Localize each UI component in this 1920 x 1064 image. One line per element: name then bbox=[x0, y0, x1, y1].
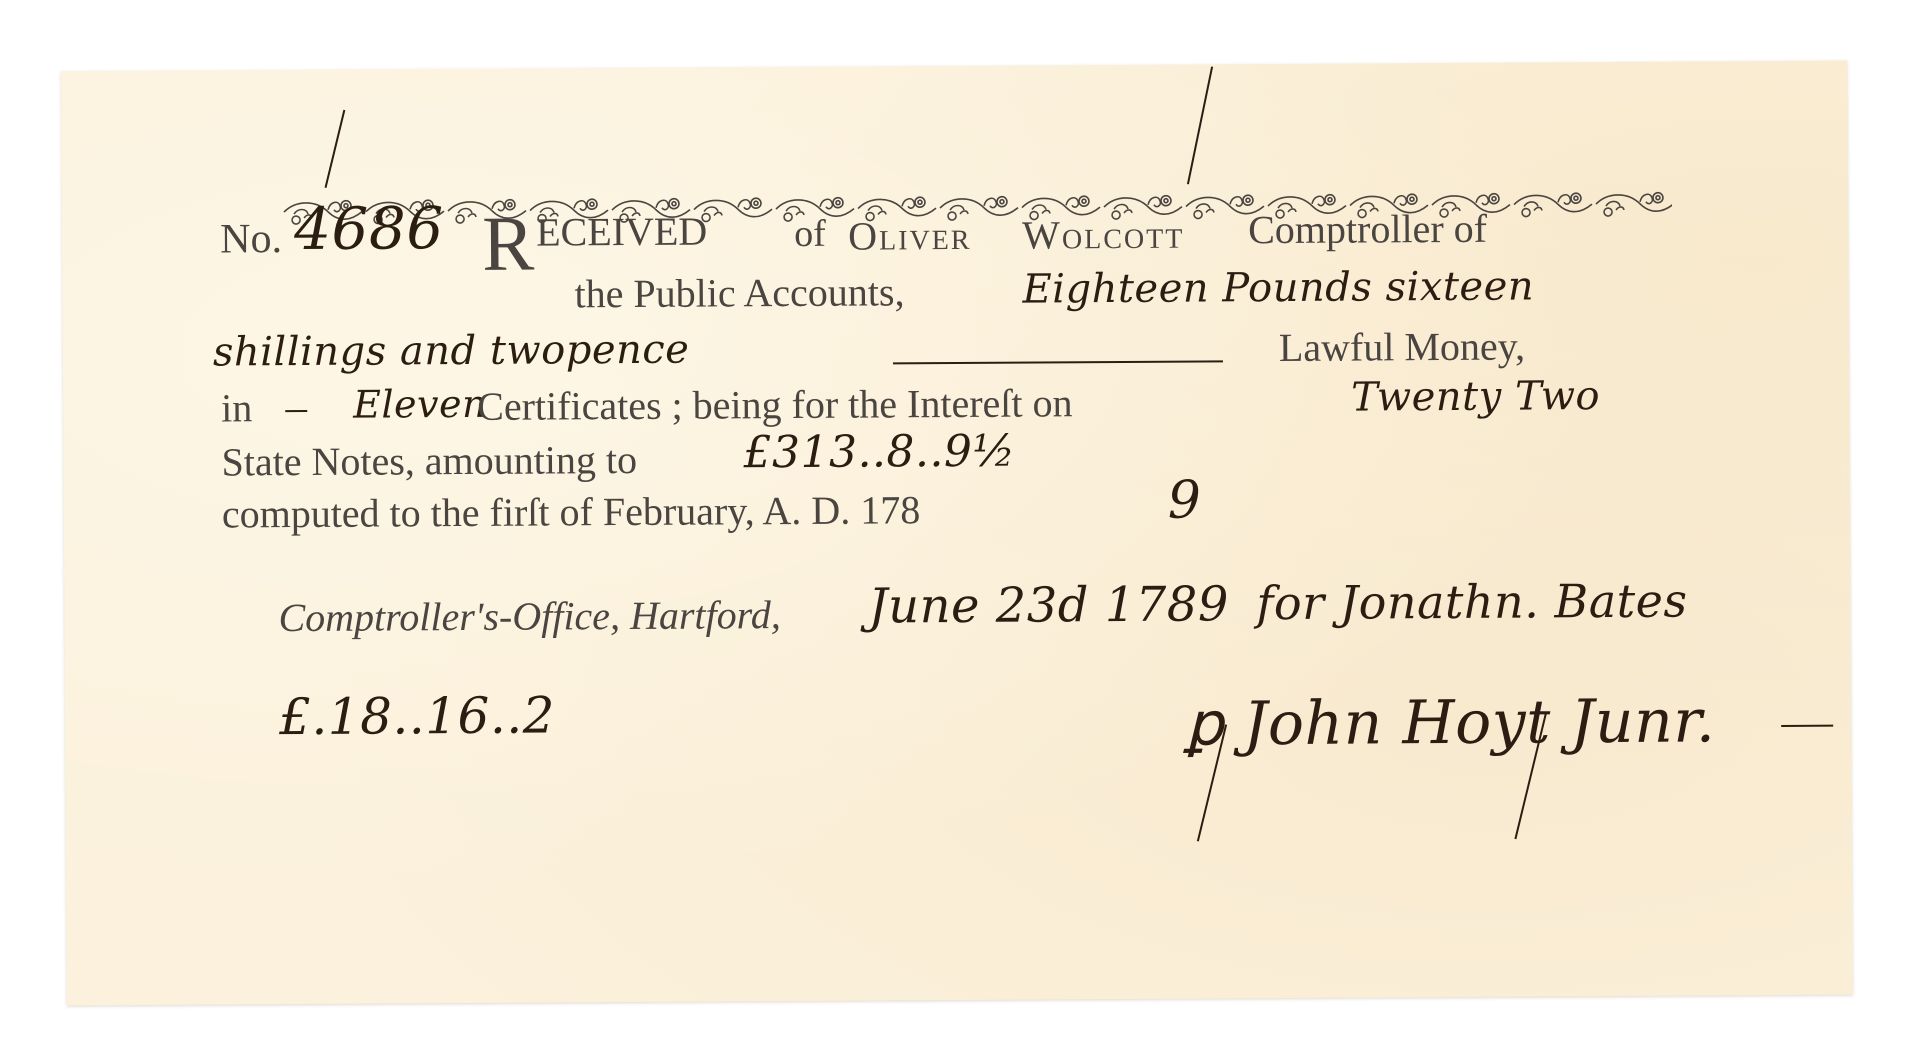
lawful-money: Lawful Money, bbox=[1279, 327, 1525, 369]
amount-written-line1: Eighteen Pounds sixteen bbox=[1022, 266, 1534, 309]
number-label: No. bbox=[220, 218, 282, 260]
scan-background: No. 4686 R ECEIVED of Oliver Wolcott Com… bbox=[0, 0, 1920, 1064]
pen-stroke bbox=[325, 110, 346, 188]
signature: ꝑ John Hoyt Junr. bbox=[1185, 691, 1716, 754]
for-payee: for Jonathn. Bates bbox=[1256, 578, 1687, 627]
receipt-number: 4686 bbox=[294, 199, 444, 258]
computed-text: computed to the firſt of February, A. D.… bbox=[222, 490, 921, 534]
computed-year-digit: 9 bbox=[1168, 475, 1202, 527]
payer-last-name: Wolcott bbox=[1022, 215, 1184, 256]
office-text: Comptroller's-Office, Hartford, bbox=[278, 595, 780, 638]
certificates-text: Certificates ; being for the Intereſt on bbox=[477, 383, 1073, 427]
received-word: ECEIVED bbox=[536, 212, 707, 253]
principal-amount: £313..8..9½ bbox=[743, 430, 1015, 476]
receipt-paper: No. 4686 R ECEIVED of Oliver Wolcott Com… bbox=[61, 61, 1853, 1006]
pen-stroke bbox=[1187, 66, 1213, 184]
state-notes-text: State Notes, amounting to bbox=[221, 440, 637, 483]
certificate-count: Eleven bbox=[353, 385, 487, 424]
in-label: in bbox=[221, 388, 252, 428]
notes-count: Twenty Two bbox=[1351, 376, 1600, 418]
sum-total: £.18..16..2 bbox=[279, 690, 555, 742]
payer-title-line1: Comptroller of bbox=[1248, 209, 1487, 250]
fill-dash bbox=[285, 410, 307, 412]
received-initial: R bbox=[482, 205, 535, 283]
signature-underline bbox=[1781, 725, 1833, 727]
payer-first-name: Oliver bbox=[848, 216, 972, 257]
payer-title-line2: the Public Accounts, bbox=[574, 272, 904, 314]
of-word: of bbox=[794, 215, 826, 253]
amount-written-line2: shillings and twopence bbox=[213, 330, 690, 373]
date-written: June 23d 1789 bbox=[868, 580, 1229, 630]
fill-line bbox=[893, 360, 1223, 364]
